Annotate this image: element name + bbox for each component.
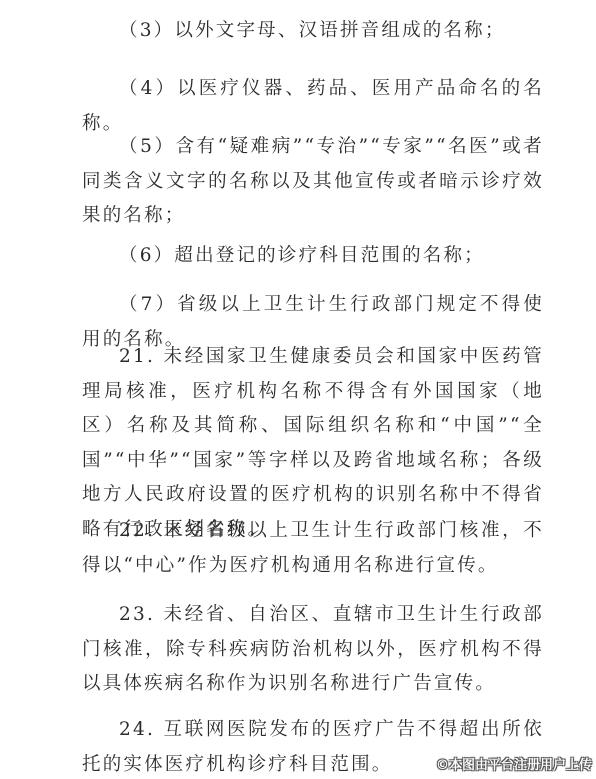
paragraph-article-23: 23. 未经省、自治区、直辖市卫生计生行政部门核准，除专科疾病防治机构以外，医疗… xyxy=(82,598,544,702)
paragraph-article-22: 22. 未经省级以上卫生计生行政部门核准，不得以“中心”作为医疗机构通用名称进行… xyxy=(82,514,544,583)
paragraph-item-6: （6）超出登记的诊疗科目范围的名称； xyxy=(82,239,544,274)
paragraph-item-3: （3）以外文字母、汉语拼音组成的名称； xyxy=(82,14,544,49)
upload-watermark: ©本图由平台注册用户上传 xyxy=(436,754,592,773)
paragraph-item-5: （5）含有“疑难病”“专治”“专家”“名医”或者同类含义文字的名称以及其他宣传或… xyxy=(82,130,544,234)
